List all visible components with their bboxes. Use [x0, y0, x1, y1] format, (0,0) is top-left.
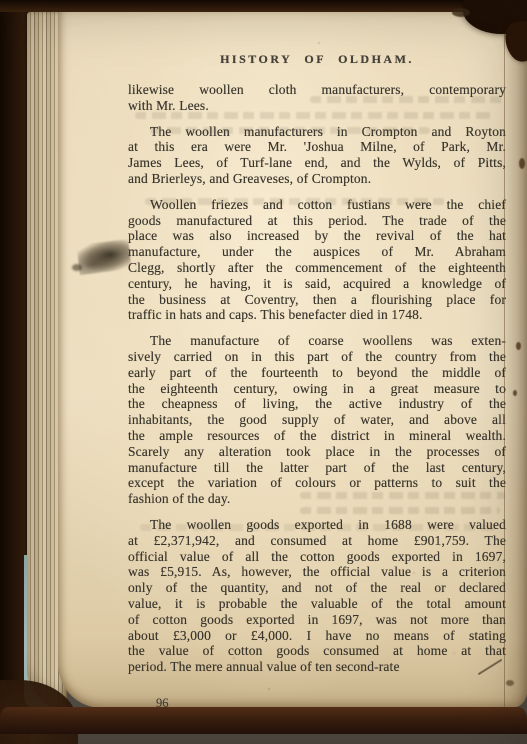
book-page: HISTORY OF OLDHAM. likewise woollen clot… — [58, 12, 527, 708]
edge-speck — [516, 342, 521, 350]
text-line: at this era were Mr. 'Joshua Milne, of P… — [128, 139, 506, 155]
cover-top-edge — [0, 0, 527, 12]
text-line: inhabitants, the good supply of water, a… — [128, 412, 506, 428]
text-line: Woollen friezes and cotton fustians were… — [128, 197, 506, 213]
text-line: the eighteenth century, owing in a great… — [128, 381, 506, 397]
text-line: with Mr. Lees. — [128, 98, 506, 114]
text-line: the cheapness of living, the active indu… — [128, 396, 506, 412]
text-line: was £5,915. As, however, the official va… — [128, 564, 506, 580]
text-line: The woollen goods exported in 1688 were … — [128, 517, 506, 533]
text-line: place was also increased by the revival … — [128, 228, 506, 244]
running-header: HISTORY OF OLDHAM. — [128, 52, 506, 67]
text-line: James Lees, of Turf-lane end, and the Wy… — [128, 155, 506, 171]
paragraph: likewise woollen cloth manufacturers, co… — [128, 82, 506, 114]
text-line: the value of cotton goods consumed at ho… — [128, 643, 506, 659]
text-line: Scarely any alteration took place in the… — [128, 444, 506, 460]
edge-speck — [519, 158, 525, 169]
text-line: manufacture, under the auspices of Mr. A… — [128, 244, 506, 260]
paragraph: The woollen manufacturers in Crompton an… — [128, 124, 506, 187]
text-line: about £3,000 or £4,000. I have no means … — [128, 628, 506, 644]
text-line: century, he having, it is said, acquired… — [128, 276, 506, 292]
cover-bottom-edge — [0, 707, 527, 734]
text-line: Clegg, shortly after the commencement of… — [128, 260, 506, 276]
paragraph: The woollen goods exported in 1688 were … — [128, 517, 506, 675]
text-line: period. The mere annual value of ten sec… — [128, 659, 506, 675]
text-line: the business at Coventry, then a flouris… — [128, 292, 506, 308]
text-line: goods manufactured at this period. The t… — [128, 213, 506, 229]
text-block: likewise woollen cloth manufacturers, co… — [128, 82, 506, 675]
corner-speck — [452, 8, 470, 17]
text-line: likewise woollen cloth manufacturers, co… — [128, 82, 506, 98]
text-line: traffic in hats and caps. This benefacte… — [128, 307, 506, 323]
text-line: The woollen manufacturers in Crompton an… — [128, 124, 506, 140]
text-line: at £2,371,942, and consumed at home £901… — [128, 533, 506, 549]
text-line: sively carried on in this part of the co… — [128, 349, 506, 365]
text-line: official value of all the cotton goods e… — [128, 549, 506, 565]
text-line: only of the quantity, and not of the rea… — [128, 580, 506, 596]
text-line: manufacture till the latter part of the … — [128, 460, 506, 476]
text-line: value, it is probable the valuable of th… — [128, 596, 506, 612]
text-line: early part of the fourteenth to beyond t… — [128, 365, 506, 381]
foxing-spots — [58, 12, 60, 14]
ink-smudge — [76, 239, 131, 275]
edge-speck — [506, 680, 514, 686]
text-line: and Brierleys, and Greaveses, of Crompto… — [128, 171, 506, 187]
book-photo: HISTORY OF OLDHAM. likewise woollen clot… — [0, 0, 527, 744]
text-line: of cotton goods exported in 1697, was no… — [128, 612, 506, 628]
ink-smudge-dot — [72, 264, 82, 271]
paragraph: Woollen friezes and cotton fustians were… — [128, 197, 506, 323]
text-line: the ample resources of the district in m… — [128, 428, 506, 444]
text-line: fashion of the day. — [128, 491, 506, 507]
text-line: except the variation of colours or patte… — [128, 475, 506, 491]
text-line: The manufacture of coarse woollens was e… — [128, 333, 506, 349]
edge-speck — [513, 390, 517, 396]
paragraph: The manufacture of coarse woollens was e… — [128, 333, 506, 507]
